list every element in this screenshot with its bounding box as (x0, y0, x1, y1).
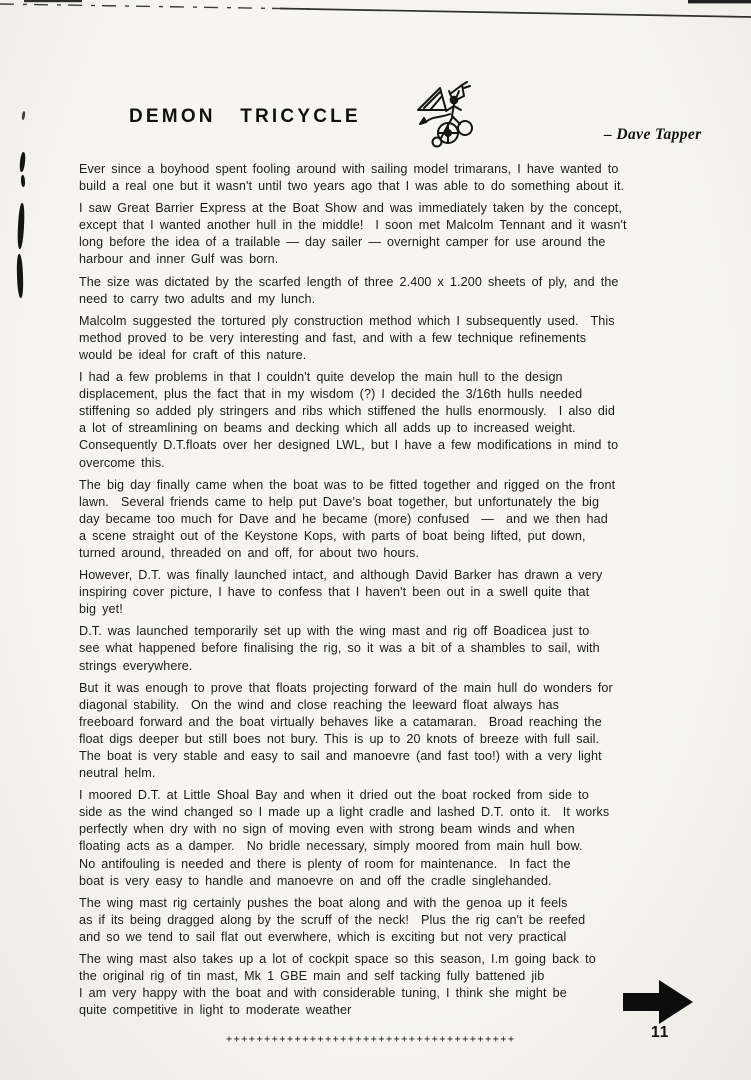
author-byline: – Dave Tapper (604, 126, 702, 144)
continue-arrow-icon (623, 980, 693, 1024)
paragraph: The size was dictated by the scarfed len… (79, 274, 715, 308)
paragraph: The wing mast also takes up a lot of coc… (79, 951, 715, 1019)
ink-blot (16, 254, 24, 298)
paragraph: I saw Great Barrier Express at the Boat … (79, 200, 715, 268)
article-title: DEMON TRICYCLE (129, 106, 361, 128)
paragraph: I moored D.T. at Little Shoal Bay and wh… (79, 787, 715, 890)
scanned-magazine-page: DEMON TRICYCLE (0, 0, 751, 1080)
article-header: DEMON TRICYCLE (0, 0, 751, 160)
paragraph: I had a few problems in that I couldn't … (79, 369, 715, 472)
paragraph: Ever since a boyhood spent fooling aroun… (79, 161, 715, 195)
paragraph: But it was enough to prove that floats p… (79, 680, 715, 783)
article-body: Ever since a boyhood spent fooling aroun… (79, 161, 715, 1024)
ink-blot (21, 175, 26, 187)
paragraph: The wing mast rig certainly pushes the b… (79, 895, 715, 946)
footer-divider: ++++++++++++++++++++++++++++++++++++++ (226, 1034, 516, 1045)
paragraph: Malcolm suggested the tortured ply const… (79, 313, 715, 364)
paragraph: The big day finally came when the boat w… (79, 477, 715, 562)
page-number: 11 (651, 1024, 669, 1042)
ink-blot (17, 203, 25, 249)
paragraph: However, D.T. was finally launched intac… (79, 567, 715, 618)
demon-tricycle-icon (404, 80, 486, 150)
paragraph: D.T. was launched temporarily set up wit… (79, 623, 715, 674)
